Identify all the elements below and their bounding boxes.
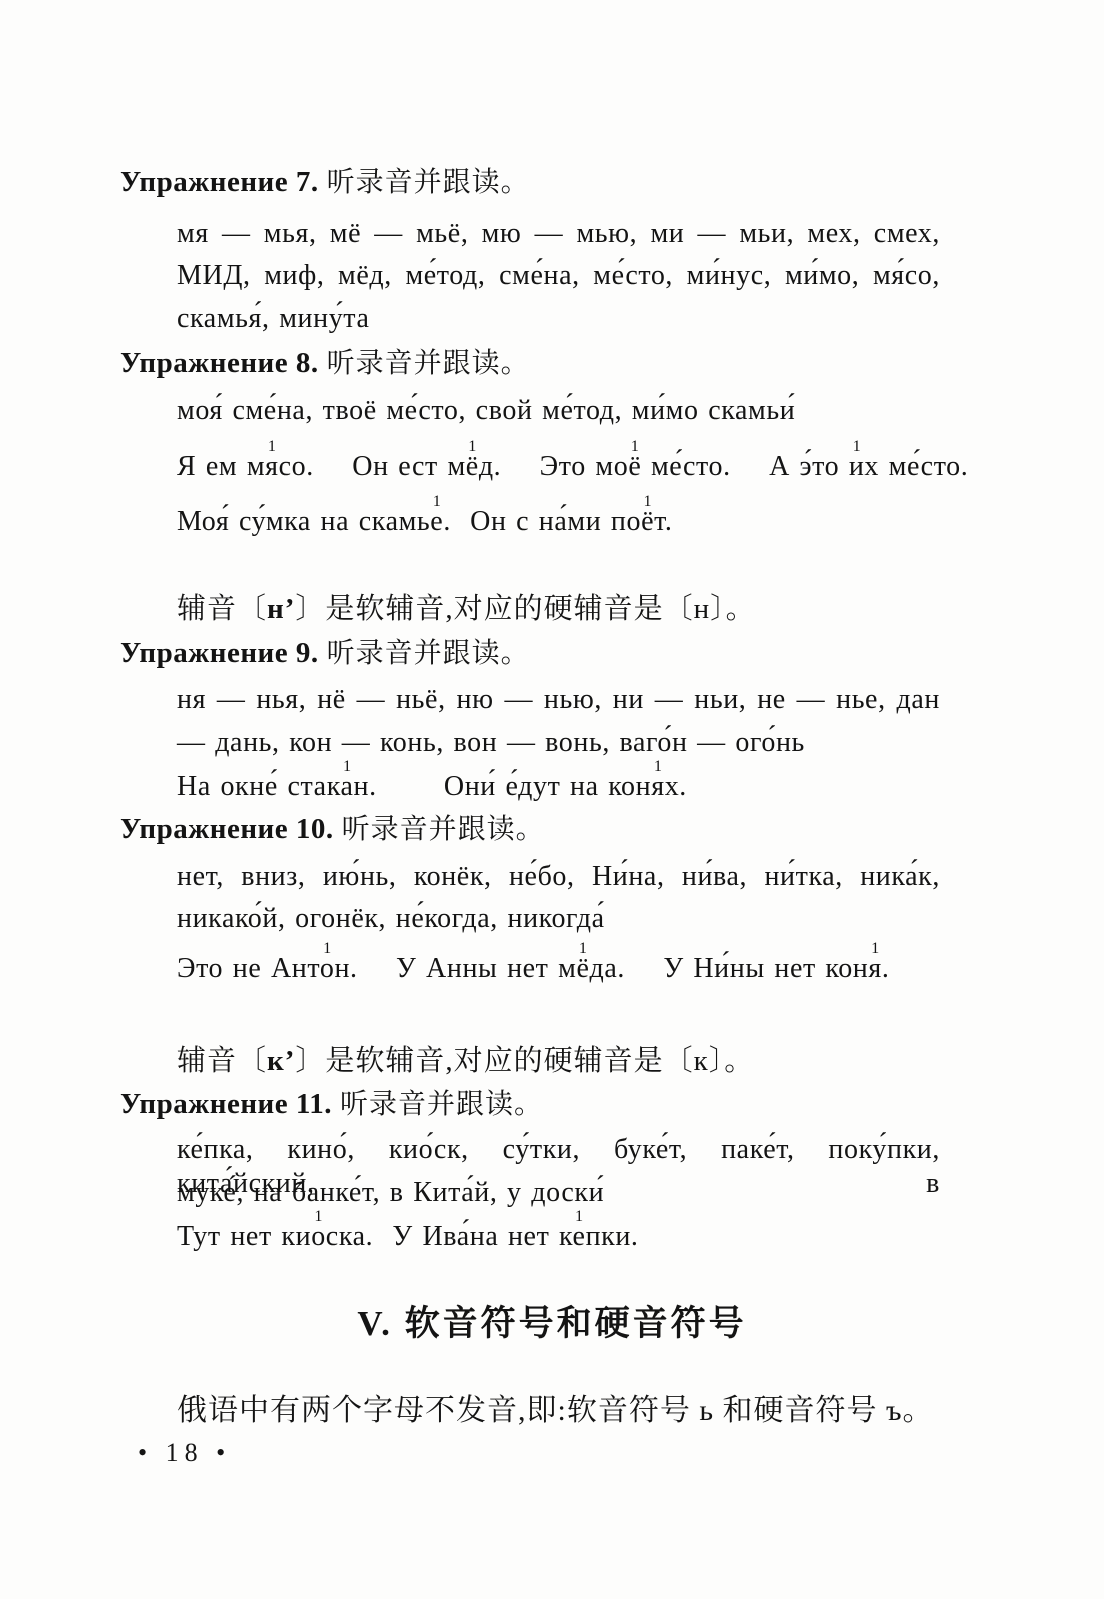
exercise-8-instruction: 听录音并跟读。 [327,348,530,379]
exercise-7-heading: Упражнение 7.听录音并跟读。 [120,166,530,199]
intonation-mark: 1 [575,1208,583,1224]
page-number: • 18 • [138,1438,231,1468]
exercise-7-line-2: МИД, миф, мёд, ме́тод, сме́на, ме́сто, м… [177,259,940,293]
intonation-mark: 1 [631,438,639,454]
exercise-7-line-3: скамья́, мину́та [177,302,940,336]
exercise-11-line-2: муке́, на банке́т, в Кита́й, у доски́ [177,1176,940,1210]
exercise-7-line-1: мя — мья, мё — мьё, мю — мью, ми — мьи, … [177,217,940,251]
textbook-page: Упражнение 7.听录音并跟读。 мя — мья, мё — мьё,… [0,0,1104,1599]
intonation-mark: 1 [343,758,351,774]
exercise-9-sentences: На окне́ стака1н. Они́ е́дут на коня1х. [177,770,940,804]
exercise-8-sentences-1: Я ем мя1со. Он ест мё1д. Это моё1 ме́сто… [177,450,940,484]
exercise-10-instruction: 听录音并跟读。 [342,814,545,845]
intonation-mark: 1 [314,1208,322,1224]
exercise-8-title: Упражнение 8. [120,347,319,379]
exercise-7-instruction: 听录音并跟读。 [327,167,530,198]
exercise-11-instruction: 听录音并跟读。 [340,1089,543,1120]
note-soft-consonant-n: 辅音〔н’〕是软辅音,对应的硬辅音是〔н〕。 [177,592,977,627]
exercise-10-line-2: никако́й, огонёк, не́когда, никогда́ [177,902,940,936]
section-v-title: V. 软音符号和硬音符号 [0,1296,1104,1346]
intonation-mark: 1 [433,493,441,509]
exercise-10-heading: Упражнение 10.听录音并跟读。 [120,813,545,846]
intonation-mark: 1 [579,940,587,956]
exercise-8-line-1: моя́ сме́на, твоё ме́сто, свой ме́тод, м… [177,394,940,428]
exercise-9-heading: Упражнение 9.听录音并跟读。 [120,637,530,670]
intonation-mark: 1 [871,940,879,956]
intonation-mark: 1 [468,438,476,454]
exercise-10-sentences: Это не Анто1н. У Анны нет мё1да. У Ни́ны… [177,952,940,986]
exercise-9-line-1: ня — нья, нё — ньё, ню — нью, ни — ньи, … [177,683,940,717]
intonation-mark: 1 [654,758,662,774]
intonation-mark: 1 [268,438,276,454]
exercise-9-title: Упражнение 9. [120,637,319,669]
note-soft-consonant-k: 辅音〔к’〕是软辅音,对应的硬辅音是〔к〕。 [177,1044,977,1079]
exercise-9-line-2: — дань, кон — конь, вон — вонь, ваго́н —… [177,726,940,760]
exercise-8-heading: Упражнение 8.听录音并跟读。 [120,347,530,380]
exercise-10-line-1: нет, вниз, ию́нь, конёк, не́бо, Ни́на, н… [177,860,940,894]
exercise-11-sentences: Тут нет кио1ска. У Ива́на нет ке1пки. [177,1220,940,1254]
exercise-11-title: Упражнение 11. [120,1088,332,1120]
intonation-mark: 1 [644,493,652,509]
exercise-10-title: Упражнение 10. [120,813,334,845]
exercise-7-title: Упражнение 7. [120,166,319,198]
exercise-8-sentences-2: Моя́ су́мка на скамье1. Он с на́ми поё1т… [177,505,940,539]
exercise-11-heading: Упражнение 11.听录音并跟读。 [120,1088,543,1121]
intonation-mark: 1 [853,438,861,454]
exercise-9-instruction: 听录音并跟读。 [327,638,530,669]
intonation-mark: 1 [323,940,331,956]
section-v-intro: 俄语中有两个字母不发音,即:软音符号 ь 和硬音符号 ъ。 [177,1393,1007,1429]
